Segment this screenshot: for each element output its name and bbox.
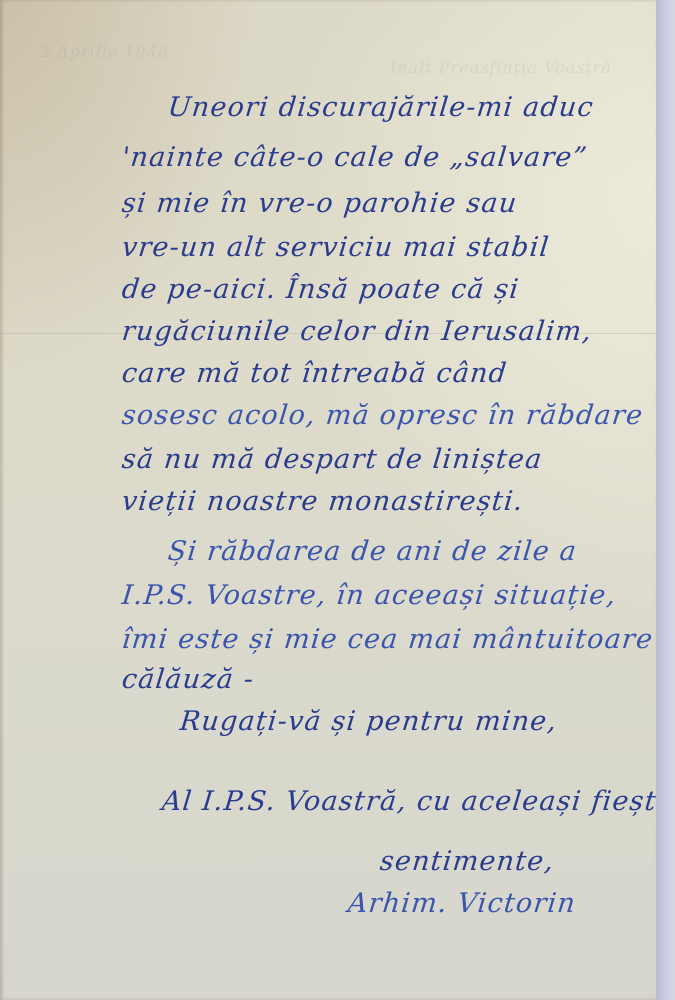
letter-line: îmi este și mie cea mai mântuitoare [120,624,655,655]
letter-line: I.P.S. Voastre, în aceeași situație, [120,580,618,611]
letter-line: de pe-aici. Însă poate că și [120,274,521,305]
letter-body: Uneori discurajările-mi aduc 'nainte cât… [0,0,656,1000]
closing-line: Al I.P.S. Voastră, cu aceleași fiești [160,786,668,817]
letter-line: vre-un alt serviciu mai stabil [120,232,551,263]
letter-line: Uneori discurajările-mi aduc [166,92,595,123]
signature: Arhim. Victorin [346,888,577,919]
letter-line: să nu mă despart de liniștea [120,444,544,475]
letter-line: vieții noastre monastirești. [120,486,525,517]
letter-line: care mă tot întreabă când [120,358,508,389]
letter-line: rugăciunile celor din Ierusalim, [120,316,593,347]
letter-line: 'nainte câte-o cale de „salvare” [120,142,589,173]
letter-line: călăuză - [120,664,255,695]
closing-sentiments: sentimente, [378,846,556,877]
background-edge [656,0,675,1000]
letter-line: și mie în vre-o parohie sau [120,188,519,219]
letter-paper: 2 Aprilie 1948 Înalt Preasfinția Voastră… [0,0,656,1000]
letter-line: sosesc acolo, mă opresc în răbdare [120,400,645,431]
letter-line: Rugați-vă și pentru mine, [178,706,559,737]
letter-line: Și răbdarea de ani de zile a [166,536,578,567]
